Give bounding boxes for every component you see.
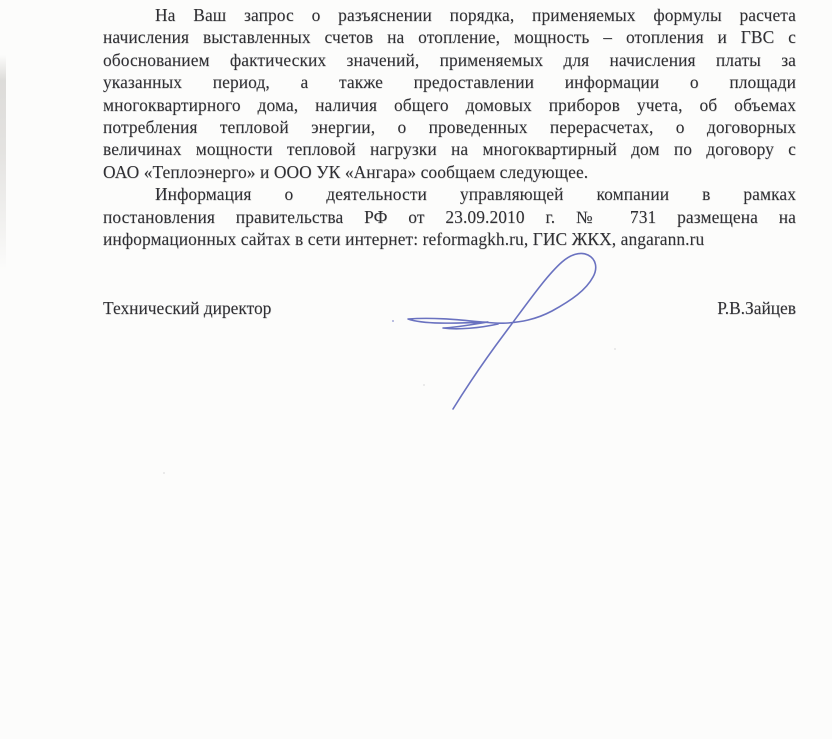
body-line: На Ваш запрос о разъяснении порядка, при… bbox=[103, 4, 796, 26]
signatory-name: Р.В.Зайцев bbox=[717, 297, 796, 319]
body-line: многоквартирного дома, наличия общего до… bbox=[103, 94, 796, 116]
body-line: обоснованием фактических значений, приме… bbox=[103, 49, 796, 71]
signature-ink-dot bbox=[392, 320, 394, 322]
signatory-role: Технический директор bbox=[103, 297, 271, 319]
body-line: начисления выставленных счетов на отопле… bbox=[103, 26, 796, 48]
body-line: Информация о деятельности управляющей ко… bbox=[103, 183, 796, 205]
handwritten-signature bbox=[380, 248, 620, 430]
body-line: ОАО «Теплоэнерго» и ООО УК «Ангара» сооб… bbox=[103, 161, 796, 183]
scan-speckle bbox=[163, 472, 165, 474]
scan-edge-artifact bbox=[0, 55, 6, 270]
scanned-letter-page: На Ваш запрос о разъяснении порядка, при… bbox=[0, 0, 832, 739]
body-line: потребления тепловой энергии, о проведен… bbox=[103, 116, 796, 138]
signature-stroke bbox=[408, 253, 596, 409]
paragraph-2: Информация о деятельности управляющей ко… bbox=[103, 183, 796, 250]
letter-body: На Ваш запрос о разъяснении порядка, при… bbox=[103, 4, 796, 250]
body-line: указанных период, а также предоставлении… bbox=[103, 71, 796, 93]
body-line: информационных сайтах в сети интернет: r… bbox=[103, 228, 796, 250]
paragraph-1: На Ваш запрос о разъяснении порядка, при… bbox=[103, 4, 796, 183]
body-line: постановления правительства РФ от 23.09.… bbox=[103, 206, 796, 228]
body-line: величинах мощности тепловой нагрузки на … bbox=[103, 138, 796, 160]
